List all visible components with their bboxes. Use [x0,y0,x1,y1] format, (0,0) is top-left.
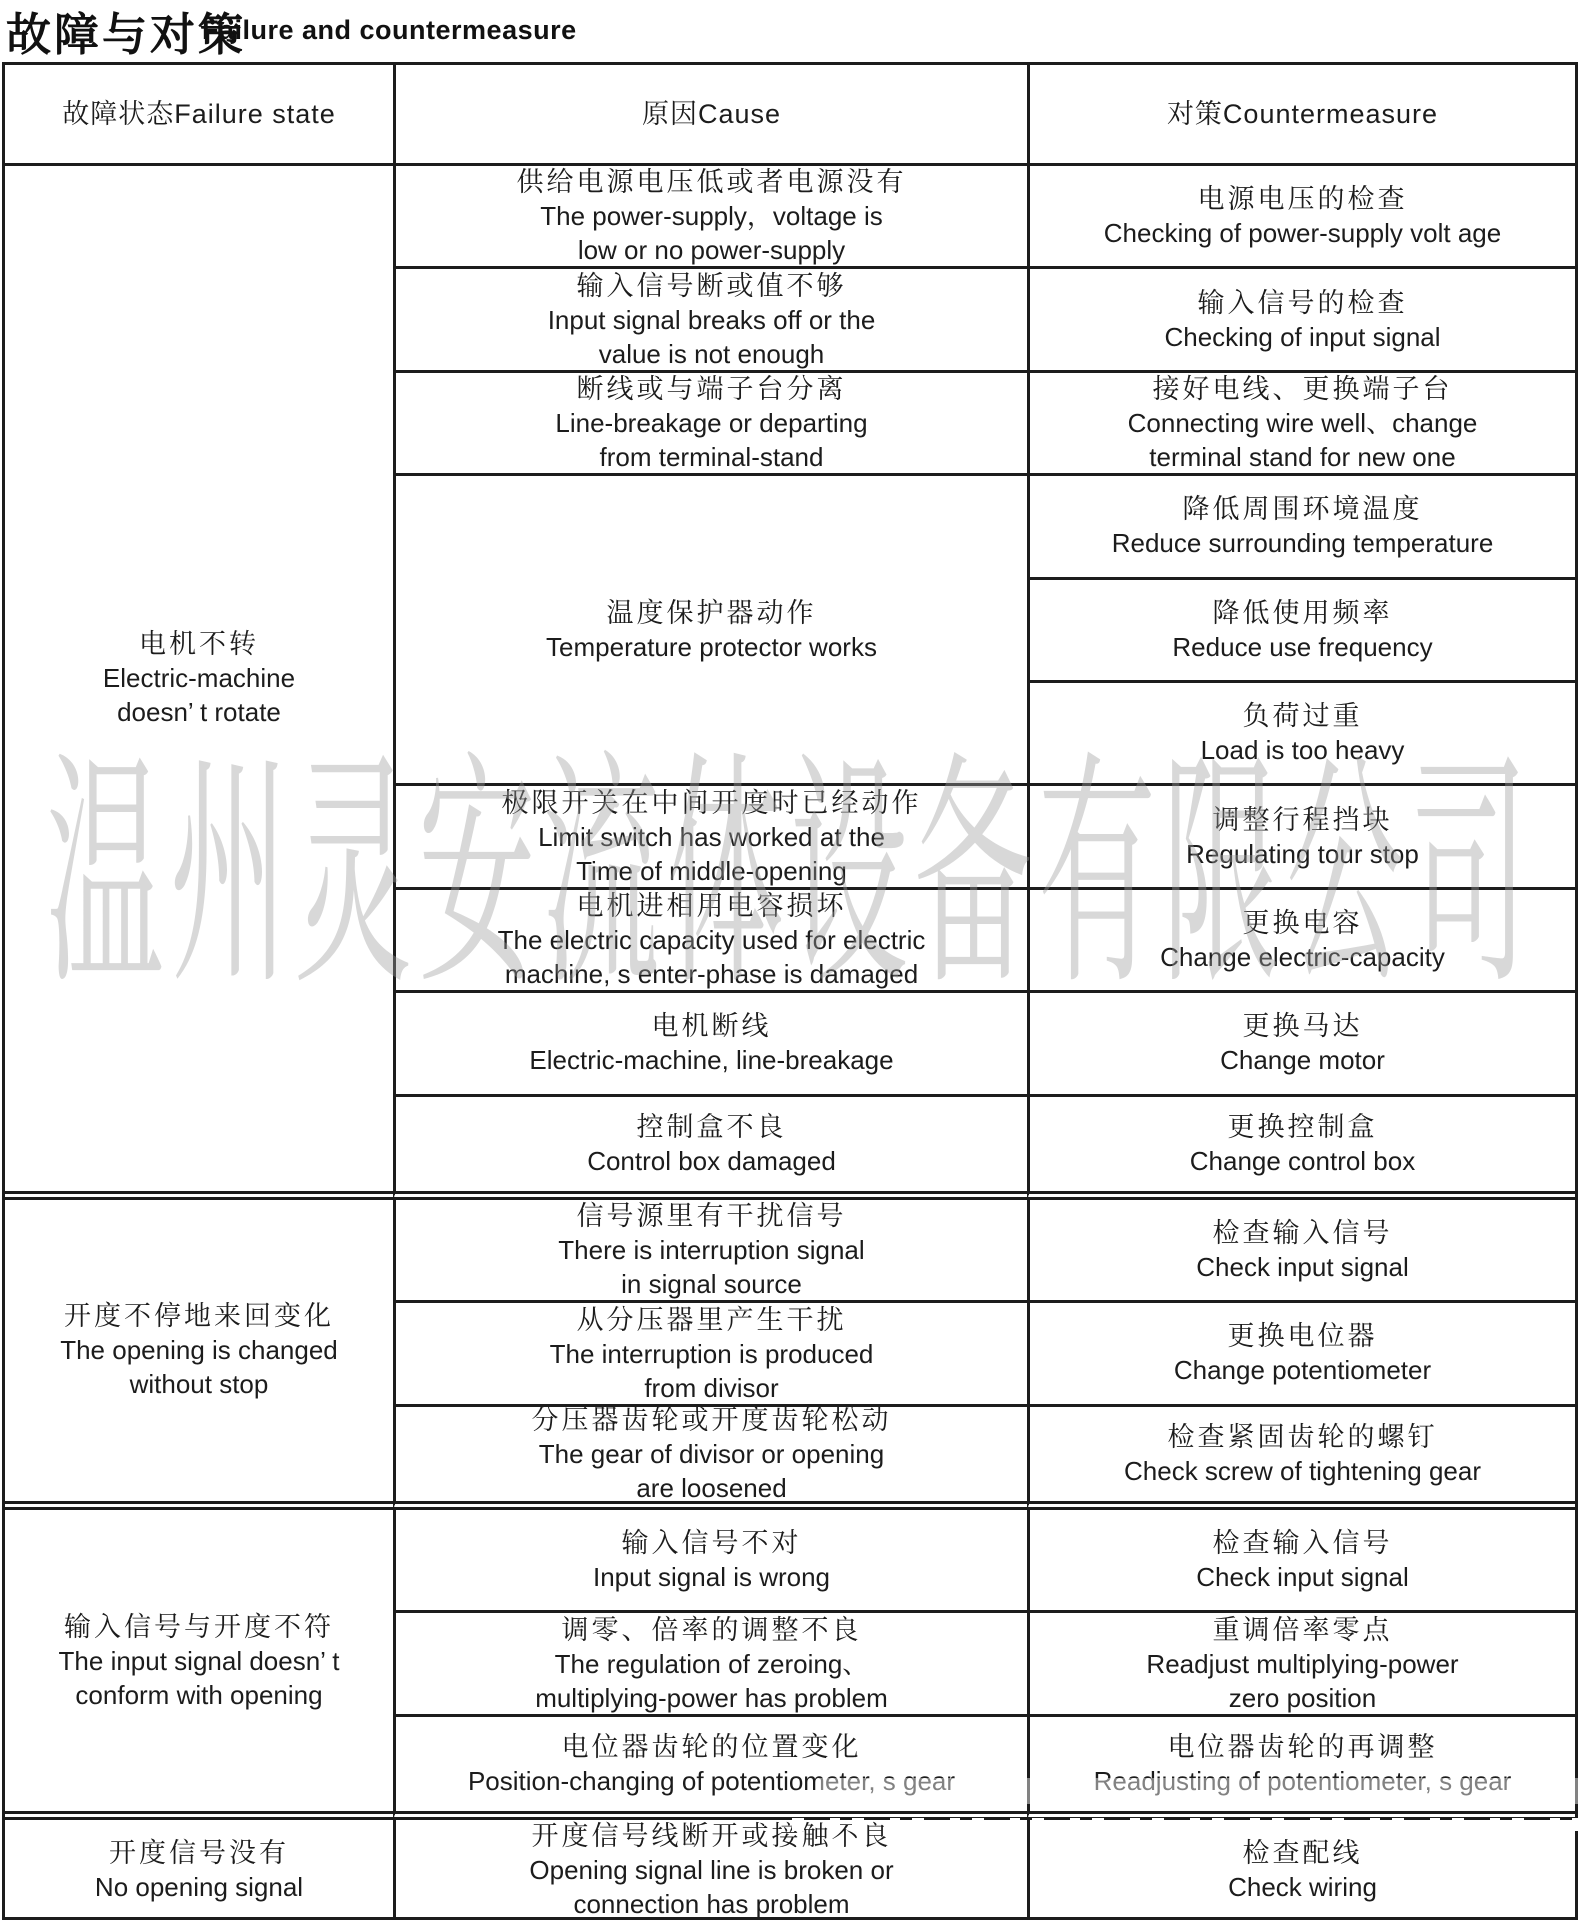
counter-9-zh: 检查输入信号 [1213,1216,1393,1250]
counter-cell-14: 电位器齿轮的再调整 Readjusting of potentiometer, … [1027,1717,1575,1820]
counter-8-en: Change control box [1190,1144,1415,1178]
header-cause-label: 原因Cause [642,97,781,131]
cause-8-en: Control box damaged [587,1144,836,1178]
failure-countermeasure-table: 故障状态Failure state 原因Cause 对策Countermeasu… [2,62,1578,1920]
counter-cell-6: 更换电容 Change electric-capacity [1027,890,1575,993]
cause-4-zh: 温度保护器动作 [607,596,817,630]
cause-cell-2: 输入信号断或值不够 Input signal breaks off or the… [393,269,1027,372]
cause-cell-13: 调零、倍率的调整不良 The regulation of zeroing、 mu… [393,1613,1027,1716]
failure-g2-en: The opening is changed without stop [60,1333,338,1401]
failure-g3-en: The input signal doesn’ t conform with o… [59,1644,340,1712]
counter-cell-5: 调整行程挡块 Regulating tour stop [1027,786,1575,889]
counter-cell-9: 检查输入信号 Check input signal [1027,1200,1575,1303]
counter-7-en: Change motor [1220,1043,1385,1077]
cause-12-en: Input signal is wrong [593,1560,830,1594]
counter-4c-en: Load is too heavy [1201,733,1405,767]
manual-page: { "page": { "title_zh": "故障与对策", "title_… [0,0,1580,1920]
counter-7-zh: 更换马达 [1243,1009,1363,1043]
counter-cell-3: 接好电线、更换端子台 Connecting wire well、change t… [1027,373,1575,476]
cause-4-en: Temperature protector works [546,630,877,664]
failure-g1-en: Electric-machine doesn’ t rotate [103,661,295,729]
counter-cell-4c: 负荷过重 Load is too heavy [1027,683,1575,786]
counter-2-zh: 输入信号的检查 [1198,286,1408,320]
cause-13-zh: 调零、倍率的调整不良 [562,1613,862,1647]
counter-14-zh: 电位器齿轮的再调整 [1168,1730,1438,1764]
cause-9-zh: 信号源里有干扰信号 [577,1199,847,1233]
counter-cell-7: 更换马达 Change motor [1027,993,1575,1096]
counter-13-en: Readjust multiplying-power zero position [1146,1647,1458,1715]
cause-14-zh: 电位器齿轮的位置变化 [562,1730,862,1764]
cause-cell-4-temperature-protector: 温度保护器动作 Temperature protector works [393,476,1027,786]
cause-10-en: The interruption is produced from diviso… [550,1337,874,1405]
cause-5-zh: 极限开关在中间开度时已经动作 [502,786,922,820]
counter-cell-11: 检查紧固齿轮的螺钉 Check screw of tightening gear [1027,1407,1575,1510]
counter-cell-15: 检查配线 Check wiring [1027,1820,1575,1920]
cause-1-zh: 供给电源电压低或者电源没有 [517,165,907,199]
counter-2-en: Checking of input signal [1164,320,1440,354]
counter-4b-zh: 降低使用频率 [1213,596,1393,630]
counter-1-zh: 电源电压的检查 [1198,182,1408,216]
failure-cell-signal-not-conform: 输入信号与开度不符 The input signal doesn’ t conf… [5,1510,393,1820]
counter-9-en: Check input signal [1196,1250,1408,1284]
cause-cell-6: 电机进相用电容损坏 The electric capacity used for… [393,890,1027,993]
counter-15-en: Check wiring [1228,1870,1377,1904]
cause-cell-15: 开度信号线断开或接触不良 Opening signal line is brok… [393,1820,1027,1920]
counter-12-en: Check input signal [1196,1560,1408,1594]
cause-2-zh: 输入信号断或值不够 [577,269,847,303]
cause-14-en: Position-changing of potentiometer, s ge… [468,1764,955,1798]
cause-2-en: Input signal breaks off or the value is … [548,303,876,371]
counter-10-zh: 更换电位器 [1228,1319,1378,1353]
counter-6-en: Change electric-capacity [1160,940,1445,974]
counter-8-zh: 更换控制盒 [1228,1110,1378,1144]
counter-cell-1: 电源电压的检查 Checking of power-supply volt ag… [1027,166,1575,269]
counter-4c-zh: 负荷过重 [1243,699,1363,733]
counter-13-zh: 重调倍率零点 [1213,1613,1393,1647]
counter-15-zh: 检查配线 [1243,1836,1363,1870]
cause-12-zh: 输入信号不对 [622,1526,802,1560]
failure-g4-zh: 开度信号没有 [109,1836,289,1870]
counter-10-en: Change potentiometer [1174,1353,1431,1387]
failure-g4-en: No opening signal [95,1870,303,1904]
counter-11-zh: 检查紧固齿轮的螺钉 [1168,1420,1438,1454]
cause-9-en: There is interruption signal in signal s… [558,1233,864,1301]
counter-cell-4b: 降低使用频率 Reduce use frequency [1027,580,1575,683]
cause-6-en: The electric capacity used for electric … [498,923,926,991]
counter-12-zh: 检查输入信号 [1213,1526,1393,1560]
failure-cell-opening-changes: 开度不停地来回变化 The opening is changed without… [5,1200,393,1510]
header-failure-state: 故障状态Failure state [5,65,393,166]
cause-15-en: Opening signal line is broken or connect… [529,1853,893,1920]
counter-4a-en: Reduce surrounding temperature [1112,526,1494,560]
failure-g2-zh: 开度不停地来回变化 [64,1299,334,1333]
counter-4b-en: Reduce use frequency [1172,630,1432,664]
cause-cell-11: 分压器齿轮或开度齿轮松动 The gear of divisor or open… [393,1407,1027,1510]
cause-7-zh: 电机断线 [652,1009,772,1043]
cause-3-zh: 断线或与端子台分离 [577,372,847,406]
failure-g3-zh: 输入信号与开度不符 [64,1610,334,1644]
cause-cell-7: 电机断线 Electric-machine, line-breakage [393,993,1027,1096]
cause-11-zh: 分压器齿轮或开度齿轮松动 [532,1403,892,1437]
counter-cell-8: 更换控制盒 Change control box [1027,1097,1575,1200]
cause-cell-1: 供给电源电压低或者电源没有 The power-supply，voltage i… [393,166,1027,269]
cause-1-en: The power-supply，voltage is low or no po… [540,199,883,267]
counter-cell-10: 更换电位器 Change potentiometer [1027,1303,1575,1406]
counter-cell-2: 输入信号的检查 Checking of input signal [1027,269,1575,372]
header-countermeasure: 对策Countermeasure [1027,65,1575,166]
header-failure-state-label: 故障状态Failure state [62,97,336,131]
header-countermeasure-label: 对策Countermeasure [1167,97,1438,131]
counter-3-zh: 接好电线、更换端子台 [1153,372,1453,406]
failure-cell-no-opening-signal: 开度信号没有 No opening signal [5,1820,393,1920]
counter-cell-13: 重调倍率零点 Readjust multiplying-power zero p… [1027,1613,1575,1716]
cause-11-en: The gear of divisor or opening are loose… [539,1437,884,1505]
cause-6-zh: 电机进相用电容损坏 [577,889,847,923]
counter-cell-12: 检查输入信号 Check input signal [1027,1510,1575,1613]
cause-5-en: Limit switch has worked at the Time of m… [538,820,885,888]
cause-10-zh: 从分压器里产生干扰 [577,1303,847,1337]
failure-g1-zh: 电机不转 [139,627,259,661]
cause-cell-9: 信号源里有干扰信号 There is interruption signal i… [393,1200,1027,1303]
cause-cell-12: 输入信号不对 Input signal is wrong [393,1510,1027,1613]
counter-5-zh: 调整行程挡块 [1213,803,1393,837]
counter-6-zh: 更换电容 [1243,906,1363,940]
header-cause: 原因Cause [393,65,1027,166]
cause-7-en: Electric-machine, line-breakage [529,1043,893,1077]
cause-13-en: The regulation of zeroing、 multiplying-p… [535,1647,888,1715]
cause-3-en: Line-breakage or departing from terminal… [555,406,867,474]
counter-5-en: Regulating tour stop [1186,837,1419,871]
cause-cell-14: 电位器齿轮的位置变化 Position-changing of potentio… [393,1717,1027,1820]
cause-cell-5: 极限开关在中间开度时已经动作 Limit switch has worked a… [393,786,1027,889]
counter-3-en: Connecting wire well、change terminal sta… [1128,406,1478,474]
page-title-en: Failure and countermeasure [202,15,577,46]
failure-cell-motor-not-rotate: 电机不转 Electric-machine doesn’ t rotate [5,166,393,1200]
cause-cell-10: 从分压器里产生干扰 The interruption is produced f… [393,1303,1027,1406]
cause-cell-3: 断线或与端子台分离 Line-breakage or departing fro… [393,373,1027,476]
cause-15-zh: 开度信号线断开或接触不良 [532,1819,892,1853]
counter-cell-4a: 降低周围环境温度 Reduce surrounding temperature [1027,476,1575,579]
counter-4a-zh: 降低周围环境温度 [1183,492,1423,526]
cause-cell-8: 控制盒不良 Control box damaged [393,1097,1027,1200]
counter-14-en: Readjusting of potentiometer, s gear [1094,1764,1512,1798]
counter-1-en: Checking of power-supply volt age [1104,216,1501,250]
cause-8-zh: 控制盒不良 [637,1110,787,1144]
counter-11-en: Check screw of tightening gear [1124,1454,1481,1488]
